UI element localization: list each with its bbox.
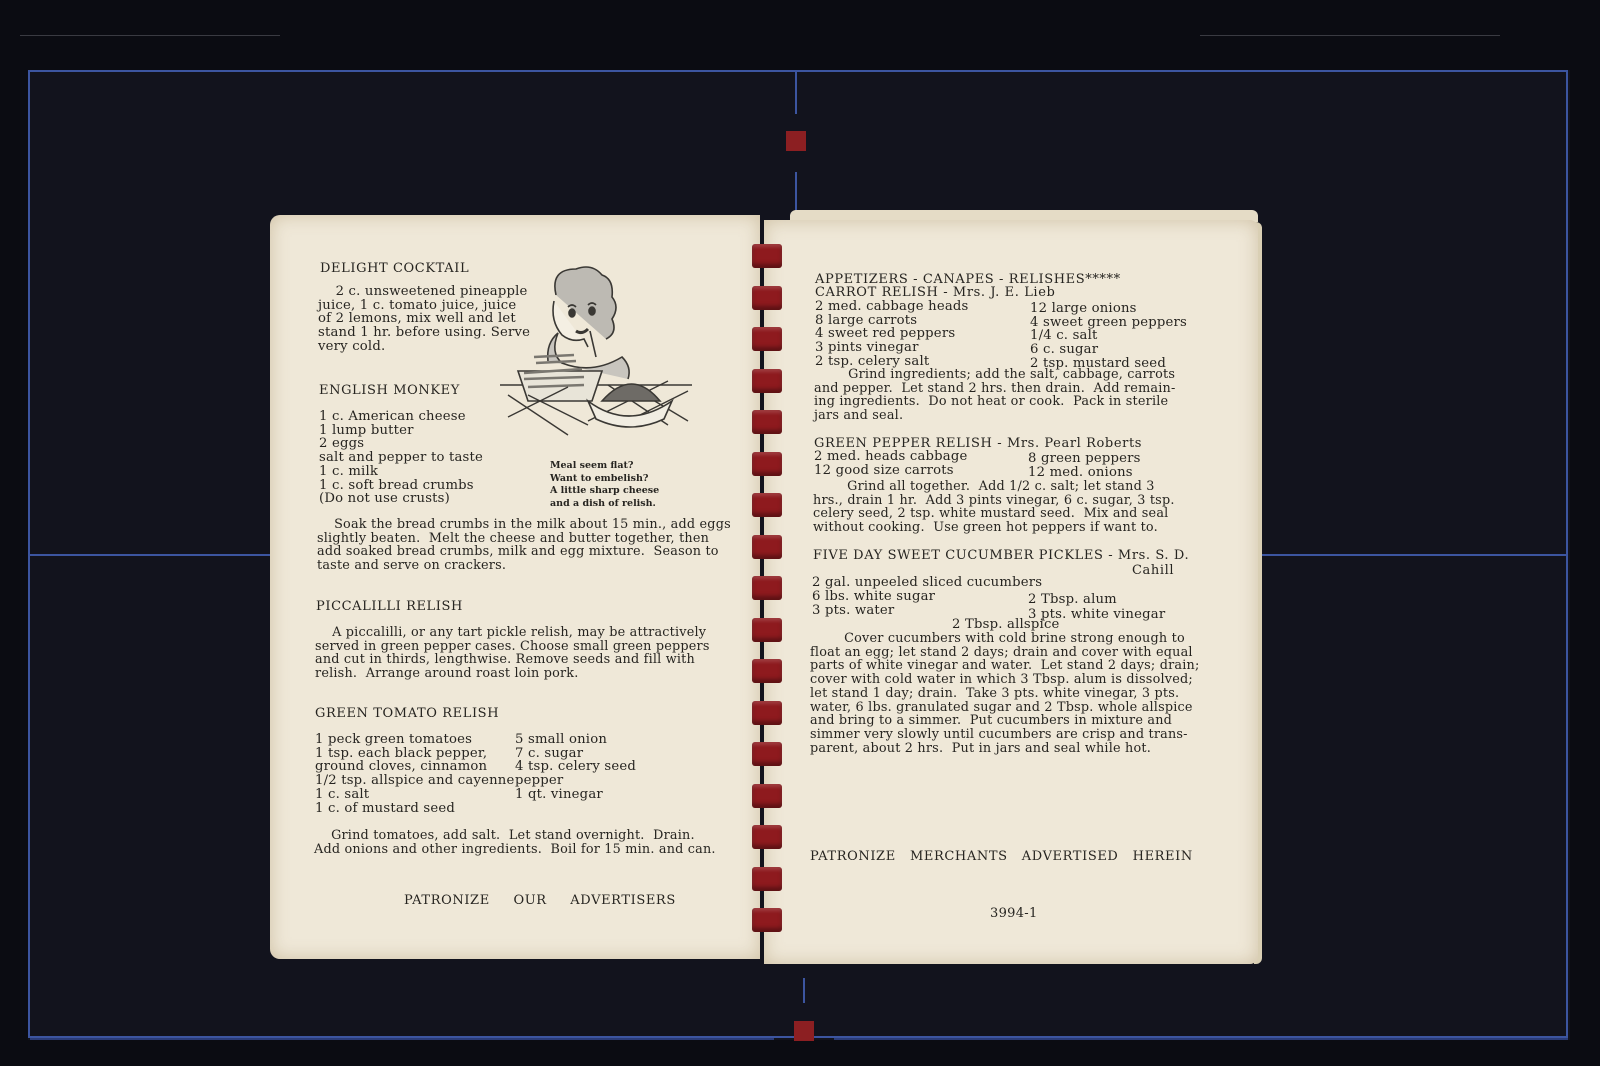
spiral-ring — [752, 742, 782, 766]
recipe-title: ENGLISH MONKEY — [319, 383, 460, 398]
recipe-title: PICCALILLI RELISH — [316, 599, 463, 614]
right-page: APPETIZERS - CANAPES - RELISHES***** CAR… — [764, 220, 1258, 964]
spiral-ring — [752, 244, 782, 268]
recipe-ingredients: 8 green peppers 12 med. onions — [1028, 452, 1141, 479]
spiral-ring — [752, 286, 782, 310]
spiral-ring — [752, 369, 782, 393]
recipe-title: CARROT RELISH - Mrs. J. E. Lieb — [815, 285, 1055, 300]
recipe-body: Grind tomatoes, add salt. Let stand over… — [314, 829, 716, 856]
recipe-title-continued: Cahill — [1132, 563, 1174, 578]
illustration-caption: Meal seem flat? Want to embelish? A litt… — [550, 460, 659, 510]
recipe-ingredients: 2 med. cabbage heads 8 large carrots 4 s… — [815, 300, 969, 369]
spiral-ring — [752, 825, 782, 849]
spiral-ring — [752, 701, 782, 725]
registration-marker-bottom — [794, 1021, 814, 1041]
spiral-ring — [752, 576, 782, 600]
guide-left-horizontal — [30, 554, 270, 556]
spiral-ring — [752, 493, 782, 517]
page-number: 3994-1 — [990, 906, 1038, 921]
recipe-ingredients: 2 Tbsp. allspice — [952, 618, 1060, 632]
recipe-body: Soak the bread crumbs in the milk about … — [317, 518, 731, 573]
spiral-ring — [752, 784, 782, 808]
recipe-ingredients: 1 peck green tomatoes 1 tsp. each black … — [315, 733, 515, 815]
spiral-ring — [752, 327, 782, 351]
spiral-ring — [752, 618, 782, 642]
guide-top-vertical — [795, 72, 797, 114]
guide-bottom-left — [30, 1038, 774, 1040]
recipe-title: GREEN TOMATO RELISH — [315, 706, 499, 721]
spiral-ring — [752, 908, 782, 932]
guide-bottom-right — [834, 1038, 1568, 1040]
recipe-title: DELIGHT COCKTAIL — [320, 261, 469, 276]
guide-bottom-vertical — [803, 978, 805, 1003]
woman-eating-illustration — [498, 265, 694, 437]
spiral-ring — [752, 659, 782, 683]
scanner-streak — [1200, 35, 1500, 36]
recipe-ingredients: 2 gal. unpeeled sliced cucumbers — [812, 576, 1042, 590]
recipe-title: FIVE DAY SWEET CUCUMBER PICKLES - Mrs. S… — [813, 548, 1189, 563]
spiral-ring — [752, 452, 782, 476]
page-footer: PATRONIZE MERCHANTS ADVERTISED HEREIN — [810, 849, 1193, 864]
recipe-ingredients: 1 c. American cheese 1 lump butter 2 egg… — [319, 410, 483, 506]
recipe-ingredients: 12 large onions 4 sweet green peppers 1/… — [1030, 302, 1187, 371]
registration-marker-top — [786, 131, 806, 151]
recipe-body: Grind ingredients; add the salt, cabbage… — [814, 368, 1176, 423]
recipe-ingredients: 2 med. heads cabbage 12 good size carrot… — [814, 450, 968, 477]
page-footer: PATRONIZE OUR ADVERTISERS — [404, 893, 676, 908]
spiral-ring — [752, 410, 782, 434]
guide-top-vertical-lower — [795, 172, 797, 212]
recipe-body: Cover cucumbers with cold brine strong e… — [810, 632, 1200, 755]
spiral-ring — [752, 535, 782, 559]
recipe-ingredients: 6 lbs. white sugar 3 pts. water — [812, 590, 935, 617]
scanner-streak — [20, 35, 280, 36]
guide-right-horizontal — [1262, 554, 1568, 556]
recipe-ingredients: 5 small onion 7 c. sugar 4 tsp. celery s… — [515, 733, 636, 802]
spiral-ring — [752, 867, 782, 891]
left-page: DELIGHT COCKTAIL 2 c. unsweetened pineap… — [270, 215, 760, 959]
recipe-body: Grind all together. Add 1/2 c. salt; let… — [813, 480, 1175, 535]
recipe-body: A piccalilli, or any tart pickle relish,… — [315, 626, 710, 681]
